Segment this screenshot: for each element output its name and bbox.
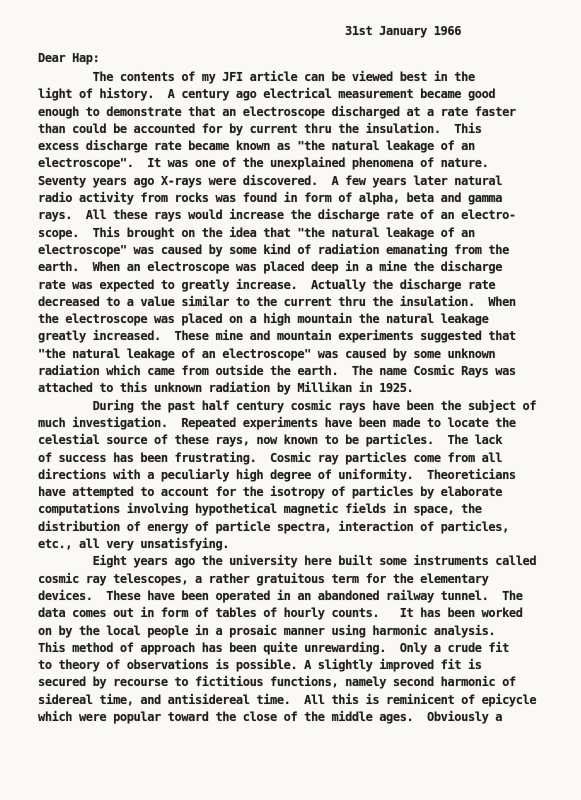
letter-line: celestial source of these rays, now know… bbox=[38, 432, 578, 449]
letter-line: radio activity from rocks was found in f… bbox=[38, 190, 578, 207]
letter-line: than could be accounted for by current t… bbox=[38, 121, 578, 138]
letter-line: have attempted to account for the isotro… bbox=[38, 484, 578, 501]
letter-date: 31st January 1966 bbox=[345, 24, 461, 38]
letter-line: rate was expected to greatly increase. A… bbox=[38, 277, 578, 294]
letter-line: devices. These have been operated in an … bbox=[38, 588, 578, 605]
letter-line: earth. When an electroscope was placed d… bbox=[38, 259, 578, 276]
letter-line: radiation which came from outside the ea… bbox=[38, 363, 578, 380]
letter-line: decreased to a value similar to the curr… bbox=[38, 294, 578, 311]
letter-line: The contents of my JFI article can be vi… bbox=[38, 69, 578, 86]
letter-line: Seventy years ago X-rays were discovered… bbox=[38, 173, 578, 190]
letter-line: electroscope" was caused by some kind of… bbox=[38, 242, 578, 259]
letter-line: computations involving hypothetical magn… bbox=[38, 501, 578, 518]
letter-line: electroscope". It was one of the unexpla… bbox=[38, 155, 578, 172]
salutation: Dear Hap: bbox=[38, 51, 99, 65]
letter-line: rays. All these rays would increase the … bbox=[38, 207, 578, 224]
letter-line: scope. This brought on the idea that "th… bbox=[38, 225, 578, 242]
letter-line: During the past half century cosmic rays… bbox=[38, 398, 578, 415]
letter-line: of success has been frustrating. Cosmic … bbox=[38, 450, 578, 467]
letter-line: etc., all very unsatisfying. bbox=[38, 536, 578, 553]
letter-line: on by the local people in a prosaic mann… bbox=[38, 623, 578, 640]
letter-line: enough to demonstrate that an electrosco… bbox=[38, 104, 578, 121]
letter-line: directions with a peculiarly high degree… bbox=[38, 467, 578, 484]
letter-line: which were popular toward the close of t… bbox=[38, 709, 578, 726]
letter-line: sidereal time, and antisidereal time. Al… bbox=[38, 692, 578, 709]
letter-line: "the natural leakage of an electroscope"… bbox=[38, 346, 578, 363]
letter-page: 31st January 1966 Dear Hap: The contents… bbox=[0, 0, 581, 800]
letter-line: This method of approach has been quite u… bbox=[38, 640, 578, 657]
letter-line: to theory of observations is possible. A… bbox=[38, 657, 578, 674]
letter-line: the electroscope was placed on a high mo… bbox=[38, 311, 578, 328]
letter-line: attached to this unknown radiation by Mi… bbox=[38, 380, 578, 397]
letter-line: light of history. A century ago electric… bbox=[38, 86, 578, 103]
letter-line: greatly increased. These mine and mounta… bbox=[38, 328, 578, 345]
letter-line: data comes out in form of tables of hour… bbox=[38, 605, 578, 622]
letter-body: The contents of my JFI article can be vi… bbox=[38, 69, 578, 726]
letter-line: Eight years ago the university here buil… bbox=[38, 553, 578, 570]
letter-line: secured by recourse to fictitious functi… bbox=[38, 674, 578, 691]
letter-line: cosmic ray telescopes, a rather gratuito… bbox=[38, 571, 578, 588]
letter-line: excess discharge rate became known as "t… bbox=[38, 138, 578, 155]
letter-line: much investigation. Repeated experiments… bbox=[38, 415, 578, 432]
letter-line: distribution of energy of particle spect… bbox=[38, 519, 578, 536]
